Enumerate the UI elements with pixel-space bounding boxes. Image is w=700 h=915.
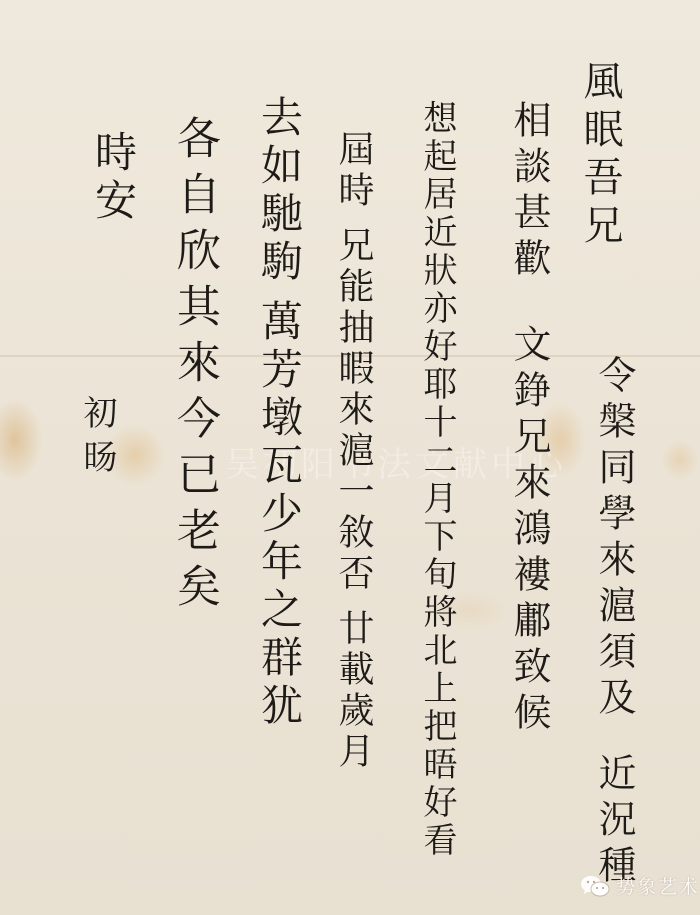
column-segment: 萬芳墩瓦少年之群犹: [258, 299, 300, 731]
wechat-watermark: 势象艺术: [580, 872, 700, 899]
letter-paper: 吴初阳书法文献中心 風眠吾兄 令槃同學來滬須及近況種 相談甚歡文錚兄來鴻褸鄘致候…: [0, 0, 700, 915]
letter-column-1: 令槃同學來滬須及近況種: [595, 355, 633, 891]
column-text: 各自欣其來今已老矣: [172, 115, 216, 619]
column-segment: 令槃同學來滬須及: [595, 355, 633, 723]
closing-text: 時安: [92, 130, 134, 226]
column-text: 想起居近狀亦好耶十二月下旬將北上把晤好看: [420, 100, 454, 860]
letter-column-6: 各自欣其來今已老矣: [172, 115, 216, 619]
column-segment: 文錚兄來鴻褸鄘致候: [510, 324, 548, 738]
letter-column-3: 想起居近狀亦好耶十二月下旬將北上把晤好看: [420, 100, 454, 860]
column-segment: 廿載歲月: [335, 609, 371, 773]
signature-column: 初旸: [80, 395, 114, 483]
column-segment: 屆時: [335, 130, 371, 212]
closing-column: 時安: [92, 130, 134, 226]
salutation-text: 風眠吾兄: [580, 60, 620, 252]
watermark-text: 势象艺术: [616, 872, 700, 899]
letter-column-5: 去如馳駒萬芳墩瓦少年之群犹: [258, 95, 300, 731]
column-segment: 去如馳駒: [258, 95, 300, 287]
letter-column-2: 相談甚歡文錚兄來鴻褸鄘致候: [510, 100, 548, 738]
column-segment: 兄能抽暇來滬一敘否: [335, 226, 371, 595]
column-segment: 相談甚歡: [510, 100, 548, 284]
letter-column-4: 屆時兄能抽暇來滬一敘否廿載歲月: [335, 130, 371, 773]
salutation-column: 風眠吾兄: [580, 60, 620, 252]
column-segment: 近況種: [595, 753, 633, 891]
wechat-icon: [580, 874, 610, 898]
signature-text: 初旸: [80, 395, 114, 483]
